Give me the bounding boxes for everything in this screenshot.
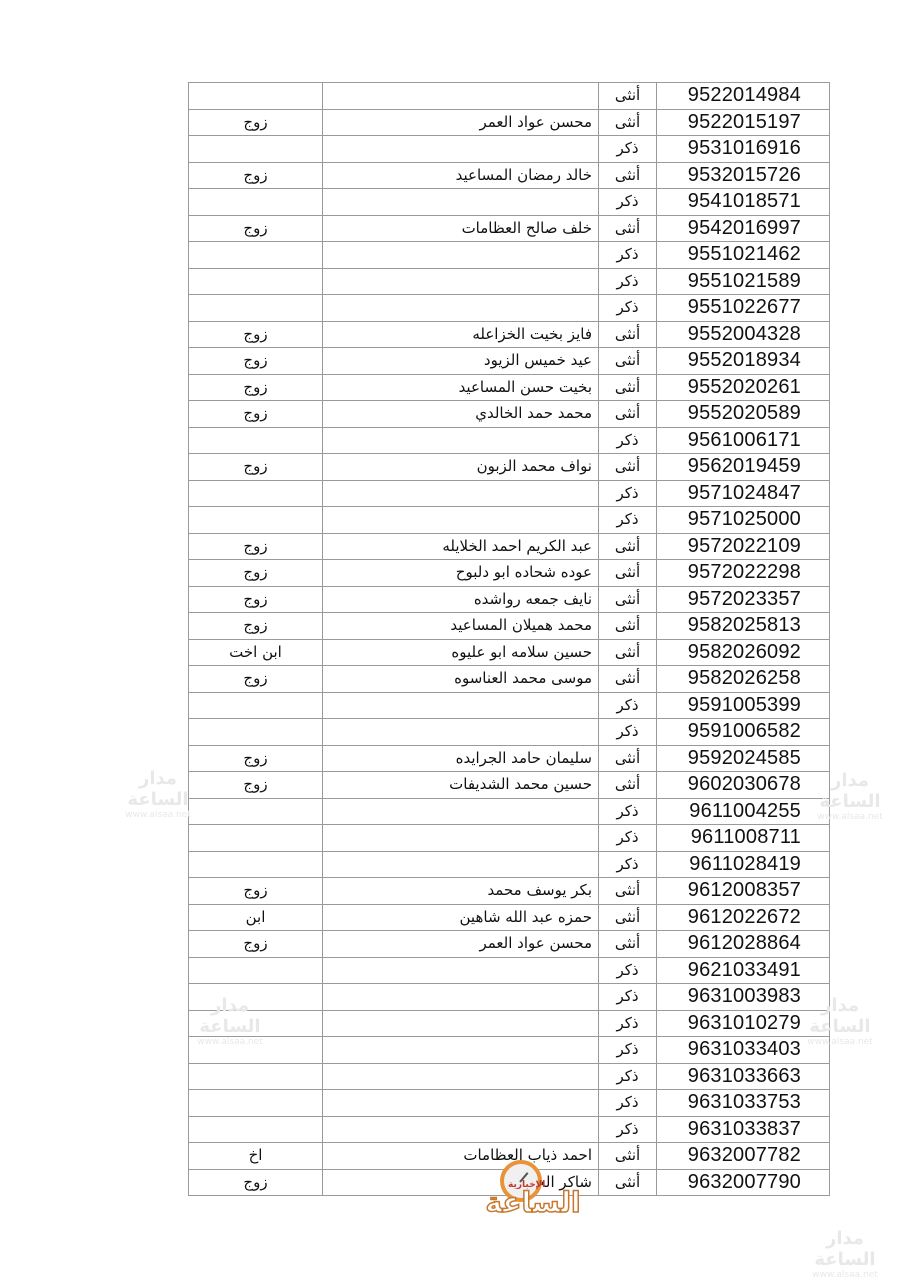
watermark-bottom-right: مدار الساعة www.alsaa.net: [800, 1228, 890, 1280]
site-logo: الإخبارية الساعة: [478, 1160, 588, 1220]
relation-cell: زوج: [189, 374, 323, 401]
relation-cell: [189, 295, 323, 322]
national-id-cell: 9611004255: [657, 798, 830, 825]
relation-cell: زوج: [189, 533, 323, 560]
gender-cell: ذكر: [599, 984, 657, 1011]
relation-cell: [189, 480, 323, 507]
national-id-cell: 9592024585: [657, 745, 830, 772]
relation-cell: [189, 189, 323, 216]
gender-cell: ذكر: [599, 1010, 657, 1037]
national-id-cell: 9621033491: [657, 957, 830, 984]
watermark-text: مدار الساعة: [800, 995, 880, 1037]
gender-cell: ذكر: [599, 136, 657, 163]
relation-cell: زوج: [189, 613, 323, 640]
table-row: ابنحمزه عبد الله شاهينأنثى9612022672: [189, 904, 830, 931]
gender-cell: ذكر: [599, 957, 657, 984]
relation-cell: زوج: [189, 931, 323, 958]
national-id-cell: 9631033837: [657, 1116, 830, 1143]
relation-cell: [189, 719, 323, 746]
table-row: زوجحسين محمد الشديفاتأنثى9602030678: [189, 772, 830, 799]
relation-cell: [189, 83, 323, 110]
relation-cell: زوج: [189, 109, 323, 136]
relation-cell: زوج: [189, 772, 323, 799]
name-cell: [323, 719, 599, 746]
name-cell: [323, 480, 599, 507]
national-id-cell: 9542016997: [657, 215, 830, 242]
relation-cell: زوج: [189, 162, 323, 189]
relation-cell: زوج: [189, 878, 323, 905]
national-id-cell: 9611028419: [657, 851, 830, 878]
relation-cell: [189, 136, 323, 163]
national-id-cell: 9541018571: [657, 189, 830, 216]
national-id-cell: 9632007782: [657, 1143, 830, 1170]
name-cell: عبد الكريم احمد الخلايله: [323, 533, 599, 560]
relation-cell: ابن اخت: [189, 639, 323, 666]
gender-cell: أنثى: [599, 401, 657, 428]
national-id-cell: 9552018934: [657, 348, 830, 375]
table-row: زوجسليمان حامد الجرايدهأنثى9592024585: [189, 745, 830, 772]
watermark-text: مدار الساعة: [800, 1228, 890, 1270]
relation-cell: [189, 1116, 323, 1143]
gender-cell: أنثى: [599, 878, 657, 905]
name-cell: خالد رمضان المساعيد: [323, 162, 599, 189]
table-row: زوجنواف محمد الزبونأنثى9562019459: [189, 454, 830, 481]
national-id-cell: 9632007790: [657, 1169, 830, 1196]
national-id-cell: 9551021462: [657, 242, 830, 269]
name-cell: [323, 851, 599, 878]
relation-cell: زوج: [189, 560, 323, 587]
table-row: زوجخالد رمضان المساعيدأنثى9532015726: [189, 162, 830, 189]
relation-cell: زوج: [189, 401, 323, 428]
national-id-cell: 9591005399: [657, 692, 830, 719]
table-row: ذكر9611004255: [189, 798, 830, 825]
name-cell: عوده شحاده ابو دلبوح: [323, 560, 599, 587]
name-cell: [323, 83, 599, 110]
document-page: أنثى9522014984زوجمحسن عواد العمرأنثى9522…: [0, 0, 904, 1280]
table-row: زوجمحمد هميلان المساعيدأنثى9582025813: [189, 613, 830, 640]
national-id-cell: 9631033753: [657, 1090, 830, 1117]
name-cell: محمد حمد الخالدي: [323, 401, 599, 428]
national-id-cell: 9572023357: [657, 586, 830, 613]
logo-brand: الساعة: [478, 1186, 588, 1219]
name-cell: بكر يوسف محمد: [323, 878, 599, 905]
national-id-cell: 9571025000: [657, 507, 830, 534]
national-id-cell: 9552020261: [657, 374, 830, 401]
national-id-cell: 9611008711: [657, 825, 830, 852]
table-row: زوجمحمد حمد الخالديأنثى9552020589: [189, 401, 830, 428]
name-cell: محمد هميلان المساعيد: [323, 613, 599, 640]
table-row: ذكر9631003983: [189, 984, 830, 1011]
gender-cell: أنثى: [599, 533, 657, 560]
watermark-url: www.alsaa.net: [118, 810, 198, 820]
watermark-right-low: مدار الساعة www.alsaa.net: [800, 995, 880, 1047]
national-id-cell: 9572022298: [657, 560, 830, 587]
name-cell: [323, 242, 599, 269]
name-cell: محسن عواد العمر: [323, 109, 599, 136]
gender-cell: ذكر: [599, 692, 657, 719]
national-id-cell: 9551021589: [657, 268, 830, 295]
national-id-cell: 9582026258: [657, 666, 830, 693]
national-id-cell: 9532015726: [657, 162, 830, 189]
name-cell: [323, 507, 599, 534]
gender-cell: أنثى: [599, 374, 657, 401]
name-cell: حسين سلامه ابو عليوه: [323, 639, 599, 666]
gender-cell: أنثى: [599, 1169, 657, 1196]
table-row: ابن اختحسين سلامه ابو عليوهأنثى958202609…: [189, 639, 830, 666]
national-id-cell: 9572022109: [657, 533, 830, 560]
table-row: أنثى9522014984: [189, 83, 830, 110]
relation-cell: زوج: [189, 454, 323, 481]
table-row: زوجموسى محمد العناسوهأنثى9582026258: [189, 666, 830, 693]
national-id-cell: 9551022677: [657, 295, 830, 322]
gender-cell: ذكر: [599, 851, 657, 878]
national-id-cell: 9612022672: [657, 904, 830, 931]
table-row: زوجبكر يوسف محمدأنثى9612008357: [189, 878, 830, 905]
table-row: زوجعوده شحاده ابو دلبوحأنثى9572022298: [189, 560, 830, 587]
name-cell: [323, 1063, 599, 1090]
national-id-cell: 9531016916: [657, 136, 830, 163]
watermark-left-low: مدار الساعة www.alsaa.net: [190, 995, 270, 1047]
gender-cell: أنثى: [599, 560, 657, 587]
watermark-right-mid: مدار الساعة www.alsaa.net: [805, 770, 895, 822]
relation-cell: [189, 242, 323, 269]
records-table-body: أنثى9522014984زوجمحسن عواد العمرأنثى9522…: [189, 83, 830, 1196]
watermark-text: مدار الساعة: [805, 770, 895, 812]
watermark-text: مدار الساعة: [190, 995, 270, 1037]
relation-cell: [189, 692, 323, 719]
gender-cell: أنثى: [599, 931, 657, 958]
table-row: ذكر9571024847: [189, 480, 830, 507]
gender-cell: أنثى: [599, 83, 657, 110]
table-row: ذكر9551021462: [189, 242, 830, 269]
national-id-cell: 9602030678: [657, 772, 830, 799]
table-row: ذكر9571025000: [189, 507, 830, 534]
gender-cell: أنثى: [599, 586, 657, 613]
name-cell: [323, 189, 599, 216]
name-cell: [323, 1090, 599, 1117]
gender-cell: أنثى: [599, 613, 657, 640]
gender-cell: أنثى: [599, 215, 657, 242]
name-cell: عيد خميس الزيود: [323, 348, 599, 375]
gender-cell: أنثى: [599, 162, 657, 189]
national-id-cell: 9631033663: [657, 1063, 830, 1090]
relation-cell: اخ: [189, 1143, 323, 1170]
relation-cell: [189, 957, 323, 984]
gender-cell: ذكر: [599, 825, 657, 852]
table-row: ذكر9551022677: [189, 295, 830, 322]
gender-cell: ذكر: [599, 798, 657, 825]
relation-cell: زوج: [189, 745, 323, 772]
gender-cell: ذكر: [599, 1063, 657, 1090]
gender-cell: ذكر: [599, 268, 657, 295]
relation-cell: ابن: [189, 904, 323, 931]
records-table: أنثى9522014984زوجمحسن عواد العمرأنثى9522…: [188, 82, 830, 1196]
watermark-url: www.alsaa.net: [190, 1037, 270, 1047]
name-cell: سليمان حامد الجرايده: [323, 745, 599, 772]
watermark-url: www.alsaa.net: [800, 1037, 880, 1047]
national-id-cell: 9582026092: [657, 639, 830, 666]
table-row: ذكر9561006171: [189, 427, 830, 454]
table-row: زوجمحسن عواد العمرأنثى9522015197: [189, 109, 830, 136]
gender-cell: أنثى: [599, 772, 657, 799]
national-id-cell: 9582025813: [657, 613, 830, 640]
name-cell: [323, 957, 599, 984]
relation-cell: زوج: [189, 1169, 323, 1196]
watermark-text: مدار الساعة: [118, 768, 198, 810]
national-id-cell: 9591006582: [657, 719, 830, 746]
relation-cell: [189, 1090, 323, 1117]
national-id-cell: 9612008357: [657, 878, 830, 905]
relation-cell: زوج: [189, 666, 323, 693]
table-row: زوجبخيت حسن المساعيدأنثى9552020261: [189, 374, 830, 401]
watermark-url: www.alsaa.net: [800, 1270, 890, 1280]
name-cell: بخيت حسن المساعيد: [323, 374, 599, 401]
relation-cell: زوج: [189, 215, 323, 242]
name-cell: فايز بخيت الخزاعله: [323, 321, 599, 348]
gender-cell: ذكر: [599, 1090, 657, 1117]
relation-cell: [189, 427, 323, 454]
national-id-cell: 9562019459: [657, 454, 830, 481]
national-id-cell: 9552004328: [657, 321, 830, 348]
gender-cell: ذكر: [599, 295, 657, 322]
name-cell: محسن عواد العمر: [323, 931, 599, 958]
gender-cell: ذكر: [599, 1037, 657, 1064]
national-id-cell: 9522014984: [657, 83, 830, 110]
gender-cell: ذكر: [599, 719, 657, 746]
table-row: ذكر9531016916: [189, 136, 830, 163]
name-cell: [323, 1116, 599, 1143]
table-row: ذكر9551021589: [189, 268, 830, 295]
name-cell: [323, 798, 599, 825]
gender-cell: ذكر: [599, 242, 657, 269]
national-id-cell: 9612028864: [657, 931, 830, 958]
gender-cell: أنثى: [599, 321, 657, 348]
table-row: ذكر9631033753: [189, 1090, 830, 1117]
name-cell: نايف جمعه رواشده: [323, 586, 599, 613]
national-id-cell: 9522015197: [657, 109, 830, 136]
table-row: زوجعبد الكريم احمد الخلايلهأنثى957202210…: [189, 533, 830, 560]
gender-cell: ذكر: [599, 1116, 657, 1143]
gender-cell: أنثى: [599, 666, 657, 693]
relation-cell: [189, 825, 323, 852]
table-row: زوجفايز بخيت الخزاعلهأنثى9552004328: [189, 321, 830, 348]
table-row: ذكر9611008711: [189, 825, 830, 852]
gender-cell: ذكر: [599, 507, 657, 534]
national-id-cell: 9552020589: [657, 401, 830, 428]
relation-cell: [189, 798, 323, 825]
name-cell: [323, 427, 599, 454]
name-cell: حسين محمد الشديفات: [323, 772, 599, 799]
name-cell: موسى محمد العناسوه: [323, 666, 599, 693]
table-row: ذكر9631033403: [189, 1037, 830, 1064]
watermark-url: www.alsaa.net: [805, 812, 895, 822]
watermark-left-mid: مدار الساعة www.alsaa.net: [118, 768, 198, 820]
name-cell: [323, 692, 599, 719]
name-cell: [323, 136, 599, 163]
table-row: ذكر9621033491: [189, 957, 830, 984]
table-row: زوجخلف صالح العظاماتأنثى9542016997: [189, 215, 830, 242]
gender-cell: أنثى: [599, 109, 657, 136]
relation-cell: زوج: [189, 321, 323, 348]
gender-cell: ذكر: [599, 189, 657, 216]
table-row: ذكر9631010279: [189, 1010, 830, 1037]
gender-cell: أنثى: [599, 1143, 657, 1170]
table-row: ذكر9631033837: [189, 1116, 830, 1143]
name-cell: [323, 984, 599, 1011]
relation-cell: [189, 507, 323, 534]
table-row: ذكر9591006582: [189, 719, 830, 746]
name-cell: حمزه عبد الله شاهين: [323, 904, 599, 931]
name-cell: [323, 295, 599, 322]
relation-cell: [189, 268, 323, 295]
name-cell: خلف صالح العظامات: [323, 215, 599, 242]
table-row: ذكر9591005399: [189, 692, 830, 719]
gender-cell: ذكر: [599, 427, 657, 454]
relation-cell: زوج: [189, 586, 323, 613]
table-row: زوجنايف جمعه رواشدهأنثى9572023357: [189, 586, 830, 613]
table-row: ذكر9611028419: [189, 851, 830, 878]
table-row: زوجعيد خميس الزيودأنثى9552018934: [189, 348, 830, 375]
name-cell: [323, 1037, 599, 1064]
gender-cell: أنثى: [599, 454, 657, 481]
gender-cell: أنثى: [599, 745, 657, 772]
gender-cell: ذكر: [599, 480, 657, 507]
gender-cell: أنثى: [599, 904, 657, 931]
name-cell: نواف محمد الزبون: [323, 454, 599, 481]
table-row: زوجمحسن عواد العمرأنثى9612028864: [189, 931, 830, 958]
gender-cell: أنثى: [599, 348, 657, 375]
table-row: ذكر9631033663: [189, 1063, 830, 1090]
relation-cell: [189, 851, 323, 878]
national-id-cell: 9561006171: [657, 427, 830, 454]
name-cell: [323, 1010, 599, 1037]
name-cell: [323, 825, 599, 852]
table-row: ذكر9541018571: [189, 189, 830, 216]
name-cell: [323, 268, 599, 295]
national-id-cell: 9571024847: [657, 480, 830, 507]
gender-cell: أنثى: [599, 639, 657, 666]
relation-cell: [189, 1063, 323, 1090]
relation-cell: زوج: [189, 348, 323, 375]
